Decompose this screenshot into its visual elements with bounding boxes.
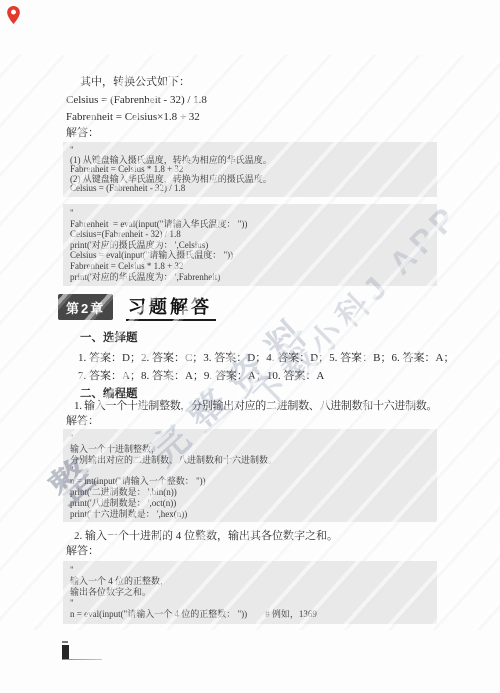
code-line: " <box>70 433 437 444</box>
footer-line <box>62 659 102 660</box>
answers-line-1: 1. 答案：D；2. 答案：C；3. 答案：D；4. 答案：D；5. 答案：B；… <box>78 351 454 365</box>
code-block-4: "输入一个 4 位的正整数，输出各位数字之和。"n = eval(input("… <box>63 561 437 624</box>
code-line: Celsius = eval(input("请输入摄氏温度： ")) <box>70 250 437 261</box>
code-line: " <box>70 565 437 576</box>
question-1: 1. 输入一个十进制整数，分别输出对应的二进制数、八进制数和十六进制数。 <box>74 399 437 413</box>
code-line: Celsius = (Fabrenheit - 32) / 1.8 <box>70 184 437 194</box>
code-line: 输出各位数字之和。 <box>70 587 437 598</box>
code-line: n = int(input("请输入一个整数： ")) <box>70 476 437 487</box>
code-block-2: "Fabrenheit = eval(input("请输入华氏温度： "))Ce… <box>63 204 437 286</box>
formula-fahrenheit: Fabrenheit = Celsius×1.8 + 32 <box>66 110 200 124</box>
code-line: 分别输出对应的二进制数、八进制数和十六进制数。 <box>70 455 437 466</box>
footer-dash <box>62 641 68 643</box>
answers-line-2: 7. 答案：A；8. 答案：A；9. 答案：A；10. 答案：A <box>78 369 324 383</box>
code-line: print('十六进制数是： ',hex(n)) <box>70 509 437 520</box>
section-heading-choice: 一、选择题 <box>80 329 138 345</box>
code-line: 输入一个 4 位的正整数， <box>70 576 437 587</box>
chapter-title: 习题解答 <box>128 293 212 319</box>
code-line: print('对应的摄氏温度为： ',Celsius) <box>70 240 437 251</box>
code-line: Fabrenheit = Celsius * 1.8 + 32 <box>70 261 437 272</box>
code-line: print('八进制数是： ',oct(n)) <box>70 498 437 509</box>
code-line: print('对应的华氏温度为： ',Fabrenheit) <box>70 272 437 283</box>
document-page: 其中，转换公式如下： Celsius = (Fabrenheit - 32) /… <box>0 0 500 693</box>
code-block-3: "输入一个十进制整数，分别输出对应的二进制数、八进制数和十六进制数。"n = i… <box>63 429 437 522</box>
code-line: " <box>70 208 437 219</box>
question-2: 2. 输入一个十进制的 4 位整数，输出其各位数字之和。 <box>74 529 338 543</box>
code-line: " <box>70 465 437 476</box>
code-line: n = eval(input("请输入一个 4 位的正整数： ")) # 例如，… <box>70 609 437 620</box>
code-line: " <box>70 598 437 609</box>
code-block-1: "(1) 从键盘输入摄氏温度，转换为相应的华氏温度。Fabrenheit = C… <box>63 142 437 197</box>
intro-paragraph: 其中，转换公式如下： <box>80 75 190 89</box>
answer-label-2: 解答： <box>66 544 99 558</box>
location-pin-icon[interactable] <box>7 6 20 24</box>
code-line: print('二进制数是： ',bin(n)) <box>70 487 437 498</box>
formula-celsius: Celsius = (Fabrenheit - 32) / 1.8 <box>66 93 207 107</box>
chapter-title-underline <box>126 319 216 321</box>
answer-label-intro: 解答： <box>66 126 99 140</box>
code-line: Fabrenheit = eval(input("请输入华氏温度： ")) <box>70 219 437 230</box>
chapter-badge: 第2章 <box>58 294 113 320</box>
footer-page-marker <box>62 645 69 660</box>
code-line: Celsius=(Fabrenheit - 32) / 1.8 <box>70 229 437 240</box>
answer-label-1: 解答： <box>66 414 99 428</box>
code-line: 输入一个十进制整数， <box>70 444 437 455</box>
